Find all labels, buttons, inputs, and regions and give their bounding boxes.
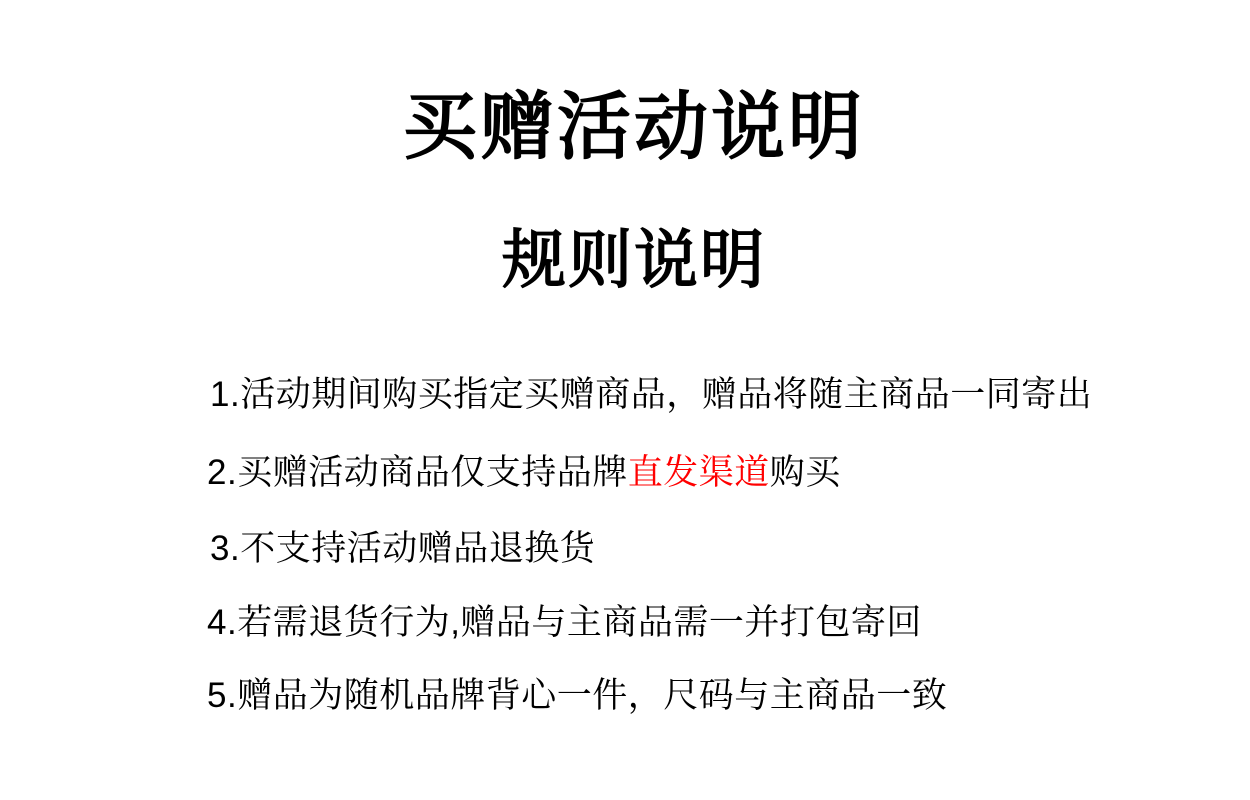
rule-text: 5.赠品为随机品牌背心一件，尺码与主商品一致: [207, 676, 947, 715]
rule-item-4: 4.若需退货行为,赠品与主商品需一并打包寄回: [207, 602, 922, 644]
rule-item-2: 2.买赠活动商品仅支持品牌直发渠道购买: [207, 452, 841, 494]
rule-highlight-text: 直发渠道: [628, 453, 770, 492]
rule-item-5: 5.赠品为随机品牌背心一件，尺码与主商品一致: [207, 675, 947, 717]
rule-text: 1.活动期间购买指定买赠商品，赠品将随主商品一同寄出: [210, 375, 1092, 414]
page-title: 买赠活动说明: [9, 86, 1250, 167]
rule-text-tail: 购买: [770, 453, 841, 492]
rule-item-1: 1.活动期间购买指定买赠商品，赠品将随主商品一同寄出: [210, 374, 1092, 416]
rule-item-3: 3.不支持活动赠品退换货: [210, 528, 595, 570]
rule-text: 3.不支持活动赠品退换货: [210, 529, 595, 568]
rule-text: 2.买赠活动商品仅支持品牌: [207, 453, 628, 492]
promo-notice: 买赠活动说明 规则说明 1.活动期间购买指定买赠商品，赠品将随主商品一同寄出 2…: [0, 0, 1250, 800]
rule-text: 4.若需退货行为,赠品与主商品需一并打包寄回: [207, 603, 922, 642]
section-subtitle: 规则说明: [9, 224, 1250, 298]
